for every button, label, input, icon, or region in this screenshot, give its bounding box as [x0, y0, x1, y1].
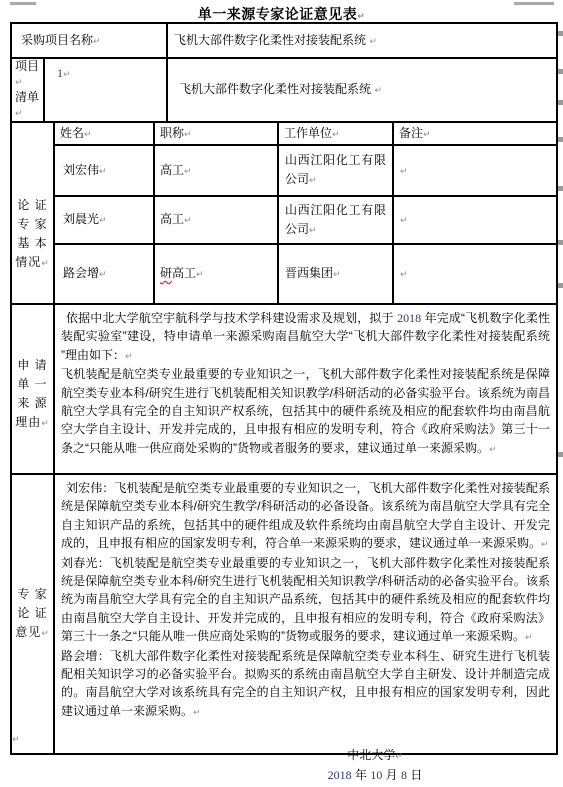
paragraph-mark: ↵	[84, 129, 92, 139]
footer-signature: 中北大学↵ 2018 年 10 月 8 日	[280, 746, 470, 785]
opinion-section-label-cell: 专 家 论 证 意见↵	[11, 474, 54, 754]
expert-title-cell: 研高工↵	[154, 244, 278, 304]
row-end-mark	[558, 283, 563, 288]
item-list-label-line: 清单↵	[15, 90, 40, 121]
expert-title-cell: 高工↵	[154, 145, 278, 196]
paragraph-mark: ↵	[184, 129, 192, 139]
opinion-label-line-2: 论 证	[12, 604, 53, 623]
footer-date-day-unit: 日	[407, 768, 422, 782]
experts-section-label: 论 证 专 家 基 本 情况↵	[12, 196, 53, 273]
paragraph-mark: ↵	[41, 258, 50, 268]
header-unit: 工作单位	[284, 126, 332, 140]
opinion-paragraph-2: 刘春光：飞机装配是航空类专业最重要的专业知识之一，飞机大部件数字化柔性对接装配系…	[61, 554, 550, 647]
paragraph-mark: ↵	[309, 225, 317, 235]
expert-unit-cell: 山西江阳化工有限公司↵	[278, 196, 393, 244]
expert-unit: 山西江阳化工有限公司	[285, 153, 386, 186]
expert-title: 高工	[160, 212, 184, 226]
experts-label-line-1: 论 证	[12, 196, 53, 215]
paragraph-mark: ↵	[395, 751, 403, 761]
paragraph-mark: ↵	[15, 77, 23, 87]
reason-section-label-cell: 申 请 单 一 来 源 理由↵	[11, 304, 54, 474]
row-end-mark	[558, 452, 563, 457]
expert-unit-cell: 山西江阳化工有限公司↵	[278, 145, 393, 196]
expert-name: 刘晨光	[63, 212, 99, 226]
paragraph-mark: ↵	[369, 36, 377, 46]
experts-label-line-4: 情况↵	[12, 253, 53, 273]
experts-label-line-2: 专 家	[12, 215, 53, 234]
row-end-mark	[558, 137, 563, 142]
reason-label-line-1: 申 请	[12, 356, 53, 375]
paragraph-mark: ↵	[193, 707, 201, 717]
paragraph-mark: ↵	[400, 166, 408, 176]
reason-p1-year: 2018	[397, 311, 421, 325]
reason-label-line-2: 单 一	[12, 375, 53, 394]
expert-title: 高工	[172, 266, 196, 280]
page-title-text: 单一来源专家论证意见表	[198, 6, 358, 22]
reason-paragraph-2: 飞机装配是航空类专业最重要的专业知识之一，飞机大部件数字化柔性对接装配系统是保障…	[61, 365, 550, 458]
expert-note-cell: ↵	[393, 145, 557, 196]
row-end-mark	[558, 31, 563, 36]
footer-date-month-unit: 月	[382, 768, 401, 782]
row-end-mark	[558, 186, 563, 191]
reason-section-label: 申 请 单 一 来 源 理由↵	[12, 356, 53, 433]
expert-note-cell: ↵	[393, 196, 557, 244]
header-title-cell: 职称↵	[154, 122, 278, 145]
item-list-label-2: 清单	[15, 90, 39, 104]
item-number-cell: 1↵	[44, 58, 167, 122]
opinion-paragraph-3: 路会增：飞机大部件数字化柔性对接装配系统是保障航空类专业本科生、研究生进行飞机装…	[61, 647, 550, 722]
row-end-mark	[558, 69, 563, 74]
expert-name: 路会增	[63, 266, 99, 280]
opinion-label-line-3: 意见↵	[12, 623, 53, 643]
paragraph-mark: ↵	[423, 129, 431, 139]
reason-label-line-4-text: 理由	[15, 415, 41, 429]
paragraph-mark: ↵	[41, 418, 50, 428]
expert-name: 刘宏伟	[63, 163, 99, 177]
opinion-label-line-3-text: 意见	[15, 625, 41, 639]
experts-label-line-3: 基 本	[12, 234, 53, 253]
reason-content-cell: 依据中北大学航空宇航科学与技术学科建设需求及规划，拟于 2018 年完成“飞机数…	[54, 304, 557, 474]
expert-unit-cell: 晋西集团↵	[278, 244, 393, 304]
paragraph-mark: ↵	[196, 269, 204, 279]
opinion-section-label: 专 家 论 证 意见↵	[12, 585, 53, 643]
footer-date-year-unit: 年	[352, 768, 371, 782]
item-list-label-line: 项目↵	[15, 59, 40, 90]
expert-note-cell: ↵	[393, 244, 557, 304]
row-end-mark	[558, 100, 563, 105]
expert-name-cell: 路会增↵	[54, 244, 154, 304]
expert-title: 高工	[160, 163, 184, 177]
paragraph-mark: ↵	[99, 166, 107, 176]
footer-date-year: 2018	[328, 768, 352, 782]
reason-label-line-3: 来 源	[12, 394, 53, 413]
experts-section-label-cell: 论 证 专 家 基 本 情况↵	[11, 122, 54, 304]
paragraph-mark: ↵	[333, 269, 341, 279]
header-note-cell: 备注↵	[393, 122, 557, 145]
paragraph-mark: ↵	[12, 734, 20, 744]
expert-title-marked: 研	[160, 266, 172, 280]
purchase-name-value-cell: 飞机大部件数字化柔性对接装配系统 ↵	[167, 23, 557, 58]
paragraph-mark: ↵	[309, 175, 317, 185]
paragraph-mark: ↵	[41, 628, 50, 638]
form-table: 采购项目名称↵ 飞机大部件数字化柔性对接装配系统 ↵ 项目↵ 清单↵ 1↵ 飞机…	[10, 22, 558, 755]
header-name-cell: 姓名↵	[54, 122, 154, 145]
opinion-label-line-1: 专 家	[12, 585, 53, 604]
footer-org-line: 中北大学↵	[280, 746, 470, 766]
document-page: 单一来源专家论证意见表↵ 采购项目名称↵ 飞机大部件数字化柔性对接装配系统 ↵ …	[0, 0, 563, 787]
paragraph-mark: ↵	[125, 351, 133, 361]
header-title: 职称	[160, 126, 184, 140]
paragraph-mark: ↵	[489, 444, 497, 454]
paragraph-mark: ↵	[374, 85, 382, 95]
opinion-content-cell: 刘宏伟：飞机装配是航空类专业最重要的专业知识之一，飞机大部件数字化柔性对接装配系…	[54, 474, 557, 754]
paragraph-mark: ↵	[400, 215, 408, 225]
paragraph-mark: ↵	[541, 539, 549, 549]
footer-date-month: 10	[370, 768, 382, 782]
footer-org: 中北大学	[347, 748, 395, 762]
after-table-area: ↵	[12, 729, 20, 747]
paragraph-mark: ↵	[525, 632, 533, 642]
purchase-name-value: 飞机大部件数字化柔性对接装配系统	[174, 33, 366, 47]
purchase-name-label-cell: 采购项目名称↵	[11, 23, 167, 58]
experts-label-line-4-text: 情况	[15, 255, 41, 269]
purchase-name-label: 采购项目名称	[21, 33, 93, 47]
expert-title-cell: 高工↵	[154, 196, 278, 244]
paragraph-mark: ↵	[15, 108, 23, 118]
reason-paragraph-1: 依据中北大学航空宇航科学与技术学科建设需求及规划，拟于 2018 年完成“飞机数…	[61, 309, 550, 365]
paragraph-mark: ↵	[63, 69, 71, 79]
reason-p2-text: 飞机装配是航空类专业最重要的专业知识之一，飞机大部件数字化柔性对接装配系统是保障…	[61, 367, 550, 455]
page-title: 单一来源专家论证意见表↵	[0, 4, 563, 24]
paragraph-mark: ↵	[184, 166, 192, 176]
header-name: 姓名	[60, 126, 84, 140]
opinion-1-text: 刘宏伟：飞机装配是航空类专业最重要的专业知识之一，飞机大部件数字化柔性对接装配系…	[61, 481, 550, 550]
opinion-paragraph-1: 刘宏伟：飞机装配是航空类专业最重要的专业知识之一，飞机大部件数字化柔性对接装配系…	[61, 479, 550, 554]
paragraph-mark: ↵	[332, 129, 340, 139]
expert-row: 刘宏伟↵ 高工↵ 山西江阳化工有限公司↵ ↵	[11, 145, 557, 196]
paragraph-mark: ↵	[93, 36, 101, 46]
item-value-cell: 飞机大部件数字化柔性对接装配系统 ↵	[167, 58, 557, 122]
header-note: 备注	[399, 126, 423, 140]
expert-name-cell: 刘晨光↵	[54, 196, 154, 244]
opinion-3-text: 路会增：飞机大部件数字化柔性对接装配系统是保障航空类专业本科生、研究生进行飞机装…	[61, 649, 550, 718]
expert-unit: 山西江阳化工有限公司	[285, 203, 386, 236]
item-list-label-1: 项目	[15, 59, 39, 73]
item-value: 飞机大部件数字化柔性对接装配系统	[179, 82, 371, 96]
header-unit-cell: 工作单位↵	[278, 122, 393, 145]
expert-row: 路会增↵ 研高工↵ 晋西集团↵ ↵	[11, 244, 557, 304]
paragraph-mark: ↵	[184, 215, 192, 225]
footer-date-line: 2018 年 10 月 8 日	[280, 766, 470, 785]
item-list-label-cell: 项目↵ 清单↵	[11, 58, 44, 122]
paragraph-mark: ↵	[99, 269, 107, 279]
reason-p1-text-a: 依据中北大学航空宇航科学与技术学科建设需求及规划，拟于	[66, 311, 397, 325]
paragraph-mark: ↵	[357, 11, 365, 21]
paragraph-mark: ↵	[400, 269, 408, 279]
reason-label-line-4: 理由↵	[12, 413, 53, 433]
expert-name-cell: 刘宏伟↵	[54, 145, 154, 196]
paragraph-mark: ↵	[99, 215, 107, 225]
opinion-2-text: 刘春光：飞机装配是航空类专业最重要的专业知识之一，飞机大部件数字化柔性对接装配系…	[61, 556, 550, 644]
expert-row: 刘晨光↵ 高工↵ 山西江阳化工有限公司↵ ↵	[11, 196, 557, 244]
expert-unit: 晋西集团	[285, 266, 333, 280]
row-end-mark	[558, 240, 563, 245]
